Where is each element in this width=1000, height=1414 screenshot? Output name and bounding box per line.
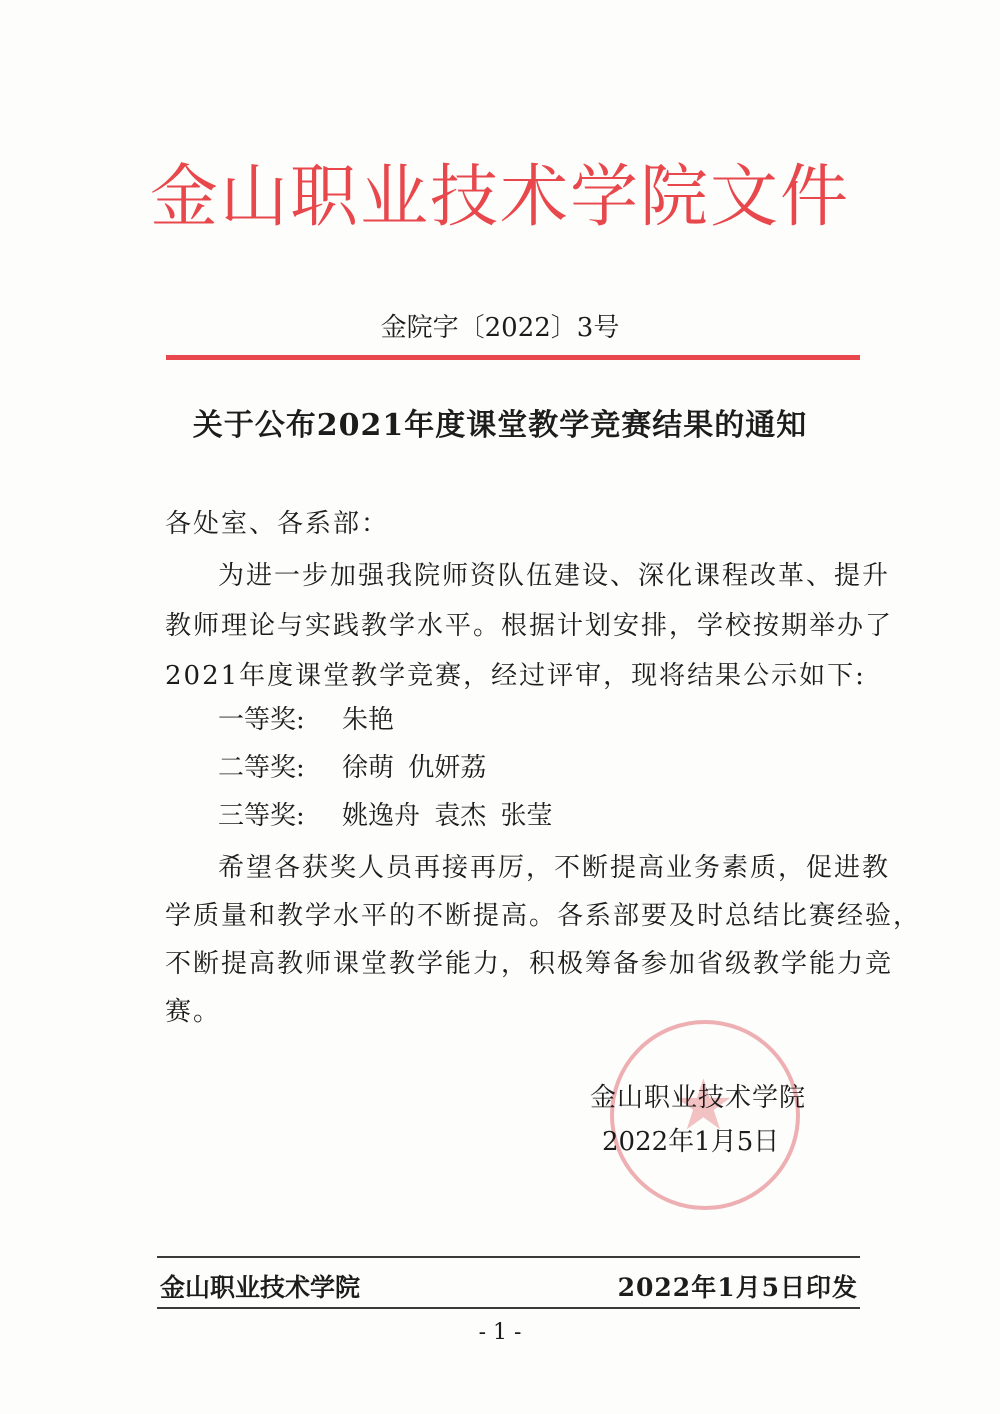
paragraph-line: 不断提高教师课堂教学能力，积极筹备参加省级教学能力竞: [165, 944, 893, 984]
paragraph-line: 赛。: [165, 992, 221, 1032]
red-divider: [166, 355, 860, 360]
footer-issued-date: 2022年1月5日印发: [618, 1268, 858, 1308]
masthead: 金山职业技术学院文件: [0, 148, 1000, 248]
award-names-second: 徐萌 仇妍荔: [342, 748, 486, 788]
salutation: 各处室、各系部：: [165, 504, 389, 544]
signature-org: 金山职业技术学院: [590, 1078, 806, 1118]
document-number: 金院字〔2022〕3号: [0, 308, 1000, 348]
footer-top-rule: [157, 1256, 860, 1258]
signature-date: 2022年1月5日: [602, 1122, 779, 1162]
footer-bottom-rule: [157, 1307, 860, 1309]
award-names-first: 朱艳: [342, 700, 394, 740]
award-label-second: 二等奖:: [218, 748, 305, 788]
paragraph-line: 为进一步加强我院师资队伍建设、深化课程改革、提升: [218, 556, 890, 596]
document-title: 关于公布2021年度课堂教学竞赛结果的通知: [0, 404, 1000, 448]
award-names-third: 姚逸舟 袁杰 张莹: [342, 796, 553, 836]
paragraph-line: 学质量和教学水平的不断提高。各系部要及时总结比赛经验，: [165, 896, 921, 936]
paragraph-line: 希望各获奖人员再接再厉，不断提高业务素质，促进教: [218, 848, 890, 888]
award-label-third: 三等奖:: [218, 796, 305, 836]
award-label-first: 一等奖:: [218, 700, 305, 740]
paragraph-line: 教师理论与实践教学水平。根据计划安排，学校按期举办了: [165, 606, 893, 646]
page-number: - 1 -: [0, 1318, 1000, 1348]
footer-org: 金山职业技术学院: [160, 1268, 360, 1308]
paragraph-line: 2021年度课堂教学竞赛，经过评审，现将结果公示如下:: [165, 656, 866, 696]
